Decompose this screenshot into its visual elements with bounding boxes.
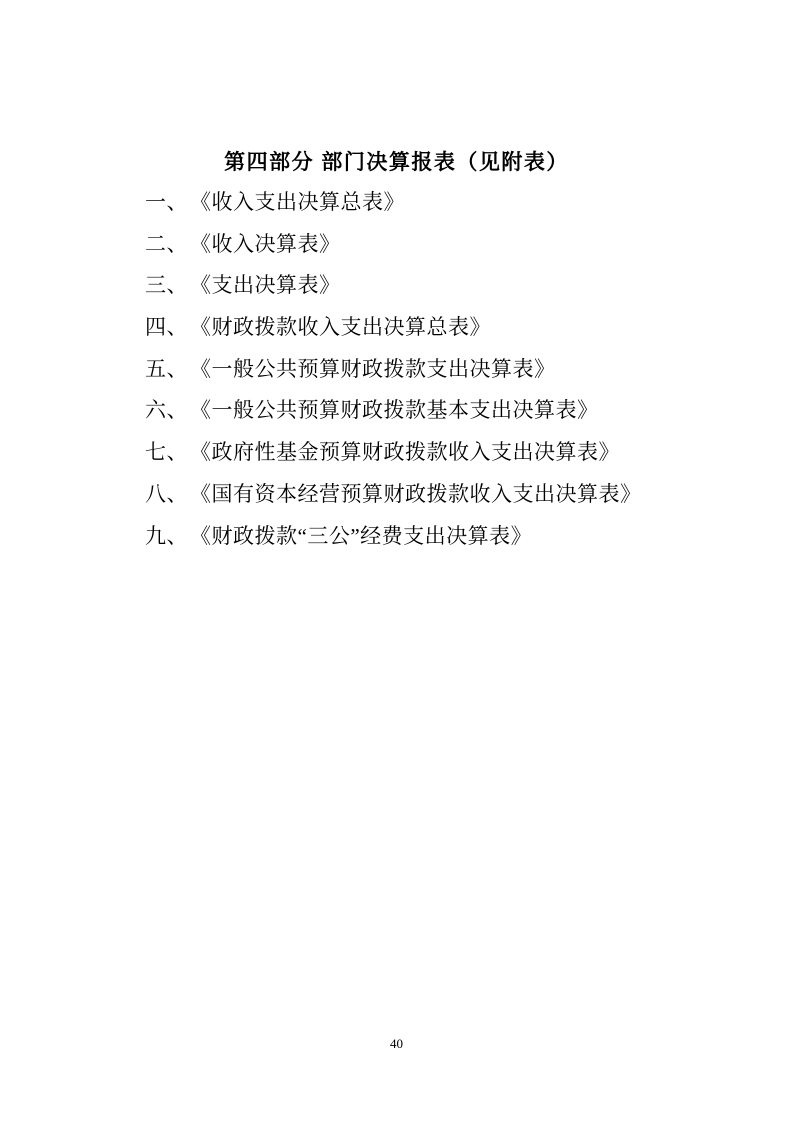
list-item-number: 五、 [145, 349, 190, 391]
list-item-text: 《财政拨款收入支出决算总表》 [190, 307, 491, 349]
list-item-text: 《一般公共预算财政拨款支出决算表》 [190, 349, 556, 391]
list-item-text: 《支出决算表》 [190, 265, 341, 307]
list-item: 四、 《财政拨款收入支出决算总表》 [145, 307, 733, 349]
list-item-text: 《政府性基金预算财政拨款收入支出决算表》 [190, 432, 620, 474]
list-item-text: 《一般公共预算财政拨款基本支出决算表》 [190, 390, 599, 432]
list-item: 二、 《收入决算表》 [145, 224, 733, 266]
list-item: 九、 《财政拨款“三公”经费支出决算表》 [145, 516, 733, 558]
list-item-text: 《财政拨款“三公”经费支出决算表》 [190, 516, 532, 558]
page-number: 40 [0, 1036, 793, 1052]
list-item-number: 八、 [145, 474, 190, 516]
list-item-number: 四、 [145, 307, 190, 349]
list-item: 七、 《政府性基金预算财政拨款收入支出决算表》 [145, 432, 733, 474]
list-item-number: 七、 [145, 432, 190, 474]
section-title: 第四部分 部门决算报表（见附表） [0, 146, 793, 176]
list-item: 六、 《一般公共预算财政拨款基本支出决算表》 [145, 390, 733, 432]
document-page: 第四部分 部门决算报表（见附表） 一、 《收入支出决算总表》 二、 《收入决算表… [0, 0, 793, 1122]
list-item: 一、 《收入支出决算总表》 [145, 182, 733, 224]
list-item: 八、 《国有资本经营预算财政拨款收入支出决算表》 [145, 474, 733, 516]
list-item-text: 《收入决算表》 [190, 224, 341, 266]
report-table-list: 一、 《收入支出决算总表》 二、 《收入决算表》 三、 《支出决算表》 四、 《… [145, 182, 733, 557]
list-item-number: 九、 [145, 516, 190, 558]
list-item: 三、 《支出决算表》 [145, 265, 733, 307]
list-item-number: 一、 [145, 182, 190, 224]
list-item: 五、 《一般公共预算财政拨款支出决算表》 [145, 349, 733, 391]
list-item-text: 《收入支出决算总表》 [190, 182, 405, 224]
list-item-number: 二、 [145, 224, 190, 266]
list-item-number: 六、 [145, 390, 190, 432]
list-item-text: 《国有资本经营预算财政拨款收入支出决算表》 [190, 474, 642, 516]
list-item-number: 三、 [145, 265, 190, 307]
